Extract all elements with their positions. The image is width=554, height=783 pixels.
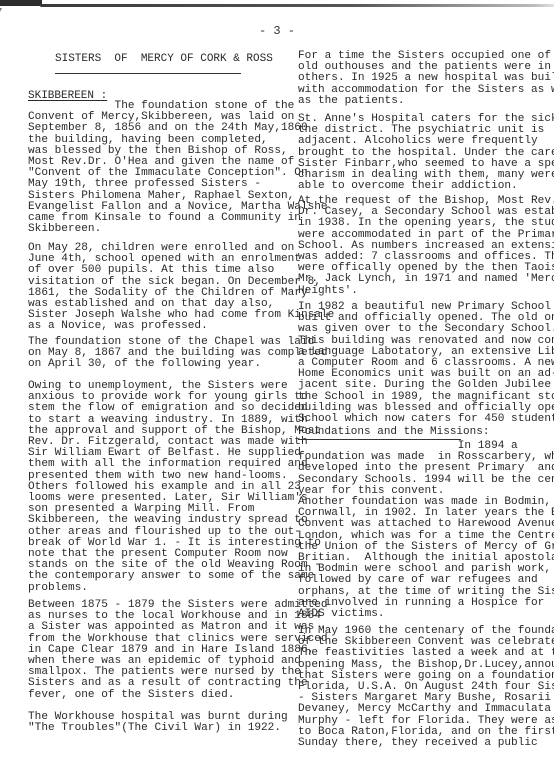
paragraph: The Workhouse hospital was burnt during … bbox=[28, 712, 288, 734]
scan-edge-shadow bbox=[0, 0, 42, 6]
document-title: SISTERS OF MERCY OF CORK & ROSS bbox=[55, 53, 273, 65]
paragraph: In 1894 a foundation was made in Rosscar… bbox=[298, 441, 554, 620]
paragraph: For a time the Sisters occupied one of t… bbox=[298, 51, 554, 107]
title-underline bbox=[55, 73, 241, 74]
paragraph: In 1982 a beautiful new Primary School w… bbox=[298, 302, 554, 425]
page-number: - 3 - bbox=[0, 24, 554, 38]
scan-fold-mark bbox=[0, 8, 2, 78]
paragraph: On May 28, children were enrolled and on… bbox=[28, 243, 334, 333]
paragraph: The foundation stone of the Convent of M… bbox=[28, 101, 328, 235]
paragraph: At the request of the Bishop, Most Rev. … bbox=[298, 196, 554, 297]
section-heading-foundations: Foundations and the Missions: bbox=[298, 426, 489, 438]
paragraph: The foundation stone of the Chapel was l… bbox=[28, 337, 328, 371]
scan-top-edge bbox=[40, 4, 554, 7]
paragraph: St. Anne's Hospital caters for the sick … bbox=[298, 114, 554, 192]
paragraph: In May 1960 the centenary of the foundat… bbox=[298, 626, 554, 749]
paragraph: Between 1875 - 1879 the Sisters were adm… bbox=[28, 600, 328, 701]
paragraph: Owing to unemployment, the Sisters were … bbox=[28, 381, 321, 594]
